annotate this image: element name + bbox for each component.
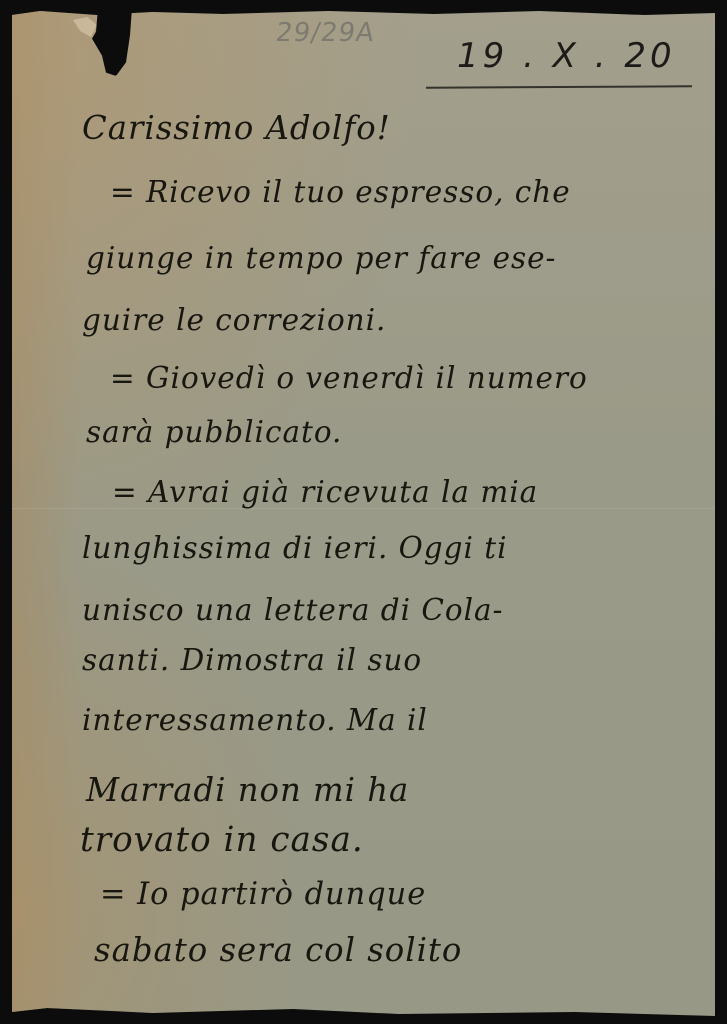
letter-date: 19 . X . 20	[457, 36, 676, 76]
letter-line: = Avrai già ricevuta la mia	[112, 475, 538, 509]
letter-line: trovato in casa.	[80, 820, 364, 860]
letter-sheet	[12, 9, 715, 1016]
letter-line: sarà pubblicato.	[86, 415, 342, 449]
archive-number: 29/29A	[274, 18, 377, 48]
letter-line: giunge in tempo per fare ese-	[86, 241, 557, 275]
letter-line: lunghissima di ieri. Oggi ti	[82, 531, 508, 565]
letter-line: santi. Dimostra il suo	[82, 643, 422, 677]
letter-line: = Giovedì o venerdì il numero	[110, 361, 588, 395]
letter-line: guire le correzioni.	[82, 303, 386, 337]
letter-line: Carissimo Adolfo!	[82, 109, 391, 147]
letter-line: = Ricevo il tuo espresso, che	[110, 175, 571, 209]
letter-line: Marradi non mi ha	[86, 771, 409, 809]
letter-line: sabato sera col solito	[94, 931, 462, 969]
letter-line: interessamento. Ma il	[82, 703, 428, 737]
letter-line: = Io partirò dunque	[100, 877, 426, 912]
letter-line: unisco una lettera di Cola-	[82, 593, 504, 627]
